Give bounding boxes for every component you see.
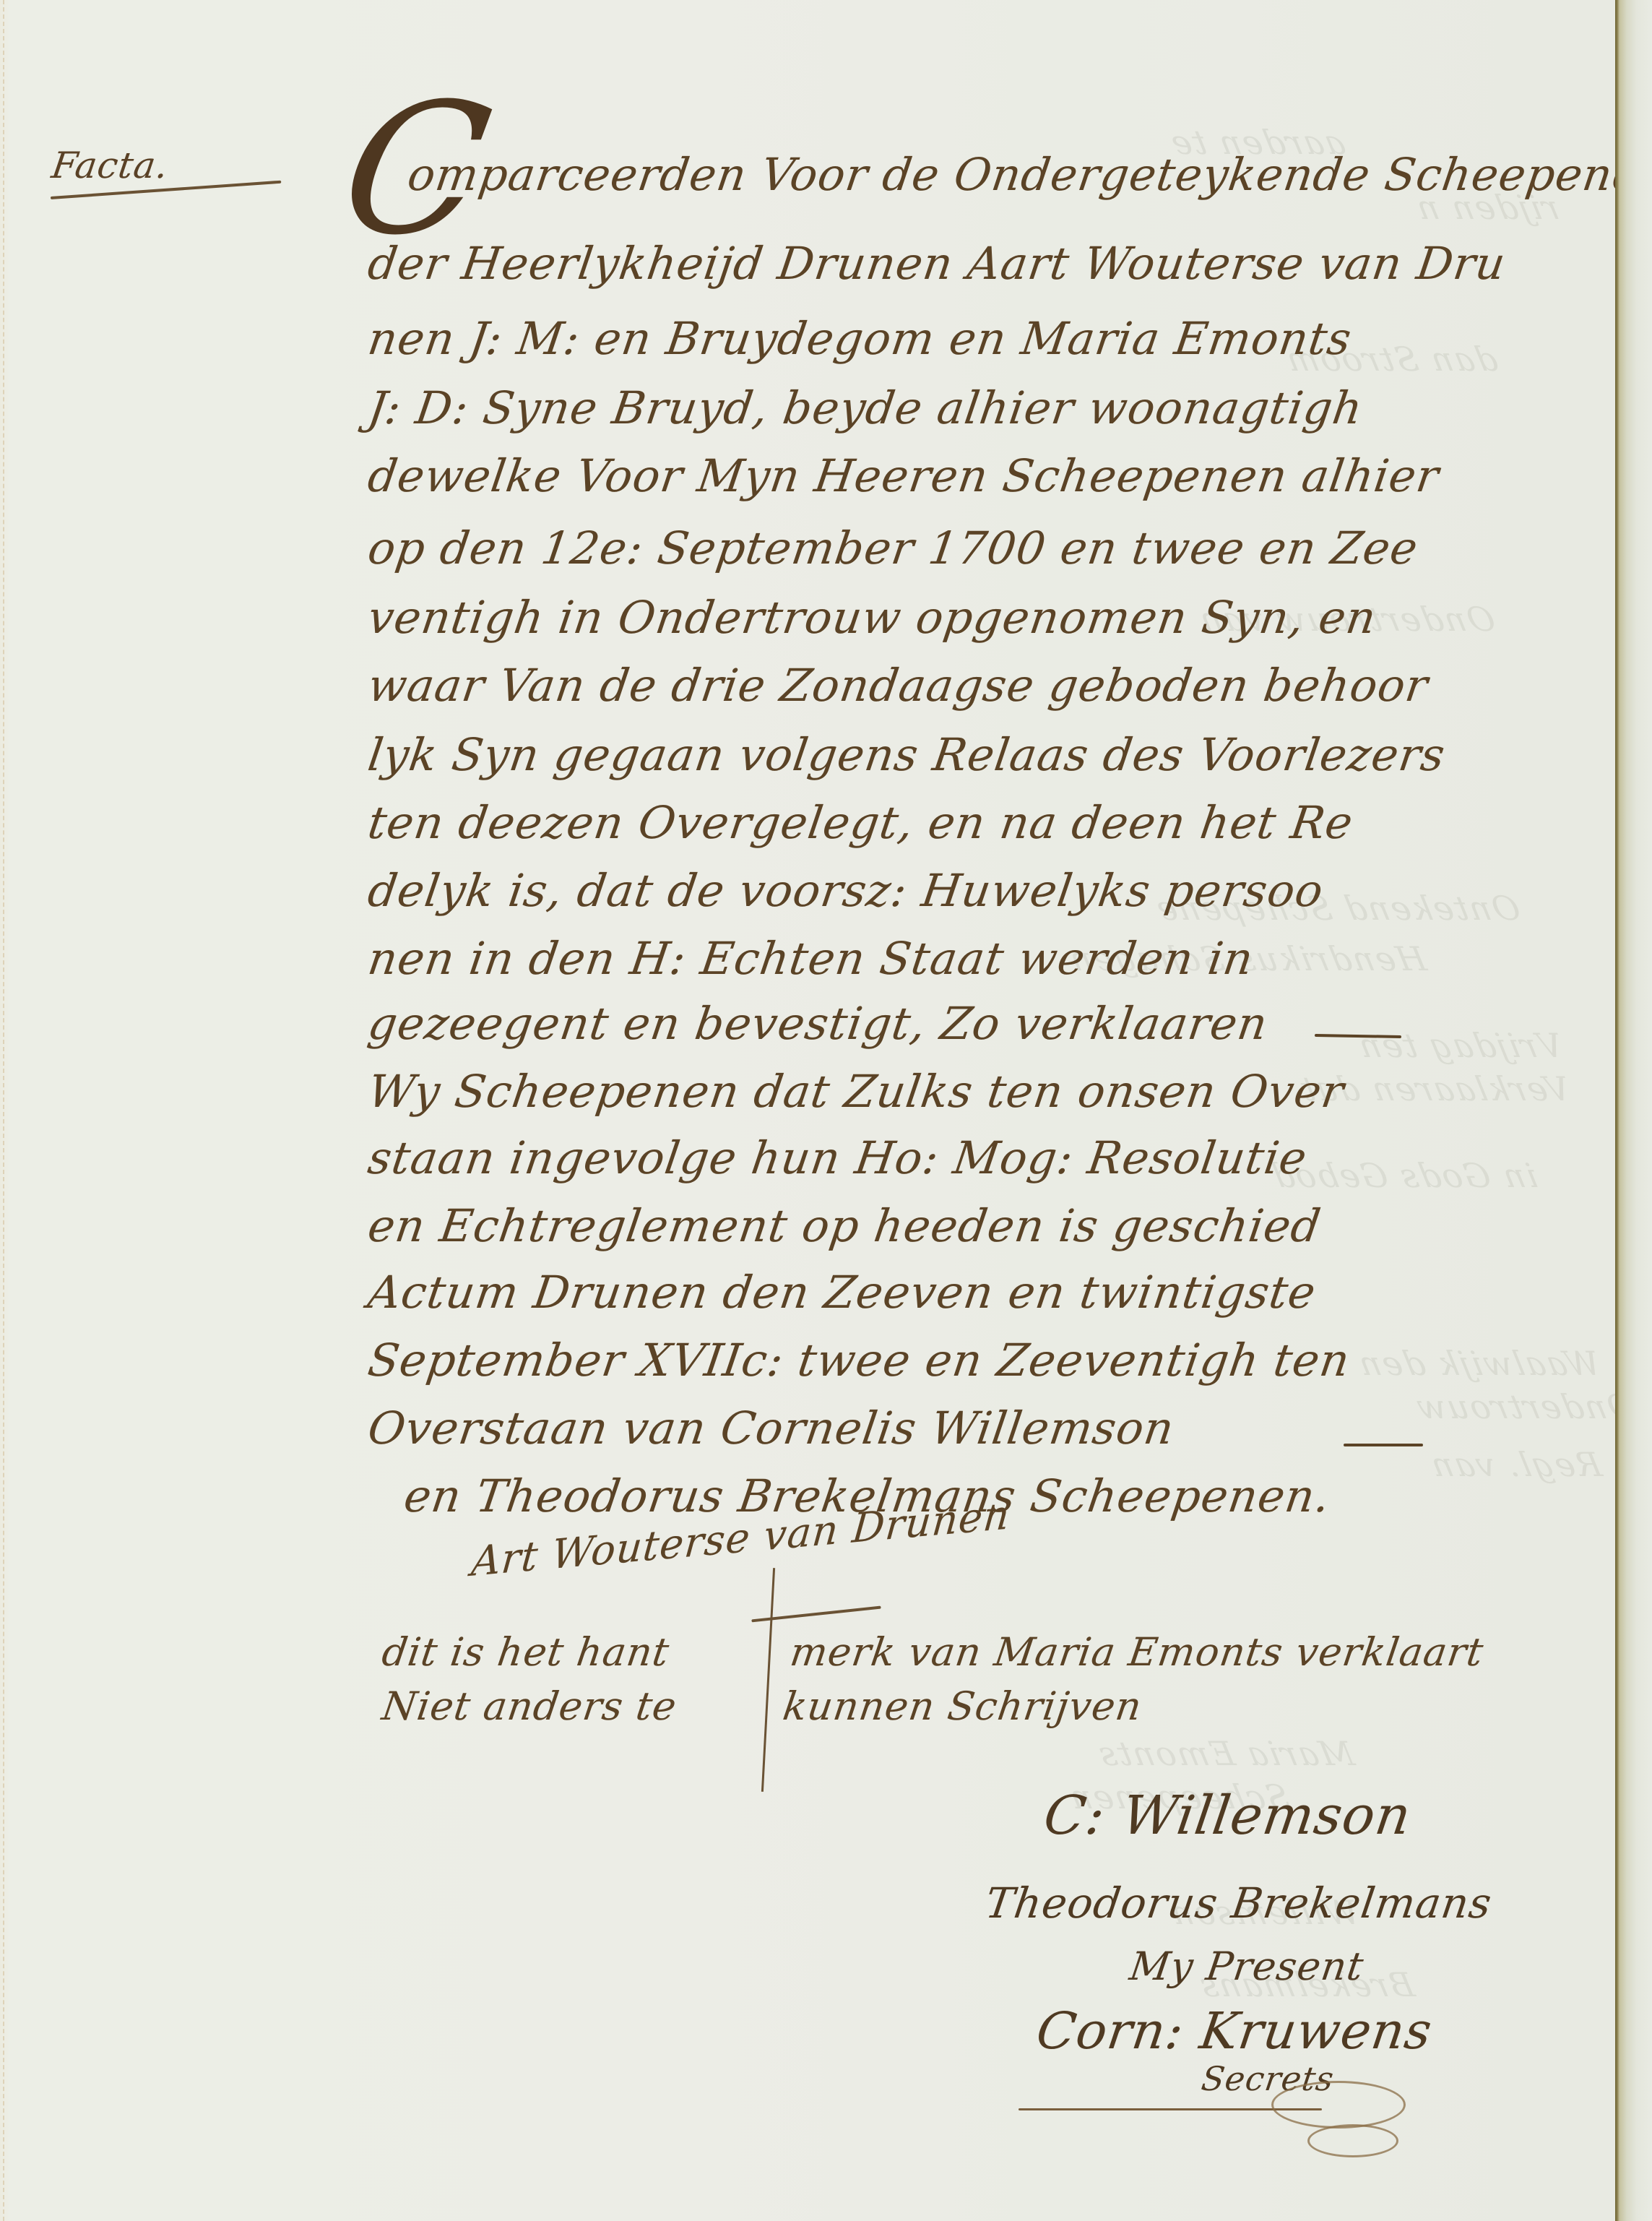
bleed-through-text: Waalwijk den <box>1354 1344 1603 1383</box>
bleed-through-text: Vrijdag ten <box>1354 1026 1566 1065</box>
body-line: waar Van de drie Zondaagse geboden behoo… <box>365 659 1432 712</box>
margin-note: Facta. <box>49 145 171 186</box>
body-line: Wy Scheepenen dat Zulks ten onsen Over <box>365 1065 1348 1118</box>
body-line: nen J: M: en Bruydegom en Maria Emonts <box>365 312 1355 365</box>
body-line: J: D: Syne Bruyd, beyde alhier woonagtig… <box>365 381 1366 434</box>
body-line: ventigh in Ondertrouw opgenomen Syn, en <box>365 591 1380 644</box>
bleed-through-text: Regl. van <box>1426 1445 1605 1484</box>
signature-flourish <box>1307 2124 1398 2157</box>
signature-flourish <box>1271 2081 1406 2129</box>
body-line: delyk is, dat de voorsz: Huwelyks persoo <box>365 864 1327 917</box>
page-edge-gutter <box>1615 0 1652 2221</box>
body-line: gezeegent en bevestigt, Zo verklaaren <box>365 997 1271 1050</box>
body-line: dewelke Voor Myn Heeren Scheepenen alhie… <box>365 449 1443 502</box>
signature-brekelmans: Theodorus Brekelmans <box>982 1879 1495 1928</box>
body-line: nen in den H: Echten Staat werden in <box>365 932 1257 985</box>
mark-statement-left: Niet anders te <box>379 1683 680 1729</box>
line-filler-stroke <box>1344 1444 1423 1446</box>
mark-statement-right: merk van Maria Emonts verklaart <box>787 1629 1487 1675</box>
body-line: ten deezen Overgelegt, en na deen het Re <box>365 796 1357 849</box>
signature-willemson: C: Willemson <box>1040 1785 1415 1847</box>
mark-statement-left: dit is het hant <box>379 1629 673 1675</box>
bleed-through-text: Ondertrouw <box>1411 1387 1639 1426</box>
signature-attestation: My Present <box>1127 1944 1367 1989</box>
bride-cross-mark-vertical <box>761 1568 775 1792</box>
body-line: op den 12e: September 1700 en twee en Ze… <box>365 522 1422 574</box>
document-page: aarden te rijden n dan Stroom Ondertrouw… <box>0 0 1619 2221</box>
body-line: Actum Drunen den Zeeven en twintigste <box>365 1266 1319 1319</box>
bleed-through-text: Maria Emonts <box>1094 1734 1357 1773</box>
body-line: der Heerlykheijd Drunen Aart Wouterse va… <box>365 237 1509 290</box>
mark-statement-right: kunnen Schrijven <box>780 1683 1145 1729</box>
body-line: staan ingevolge hun Ho: Mog: Resolutie <box>365 1131 1310 1184</box>
body-line: omparceerden Voor de Ondergeteykende Sch… <box>405 148 1652 201</box>
body-line: September XVIIc: twee en Zeeventigh ten <box>365 1334 1354 1386</box>
bleed-through-text: in Gods Gebod <box>1267 1156 1541 1195</box>
signature-clerk: Corn: Kruwens <box>1033 2001 1436 2061</box>
body-line: lyk Syn gegaan volgens Relaas des Voorle… <box>365 728 1448 781</box>
body-line: en Echtreglement op heeden is geschied <box>365 1199 1324 1252</box>
binding-edge <box>3 0 12 2221</box>
body-line: Overstaan van Cornelis Willemson <box>365 1402 1177 1454</box>
